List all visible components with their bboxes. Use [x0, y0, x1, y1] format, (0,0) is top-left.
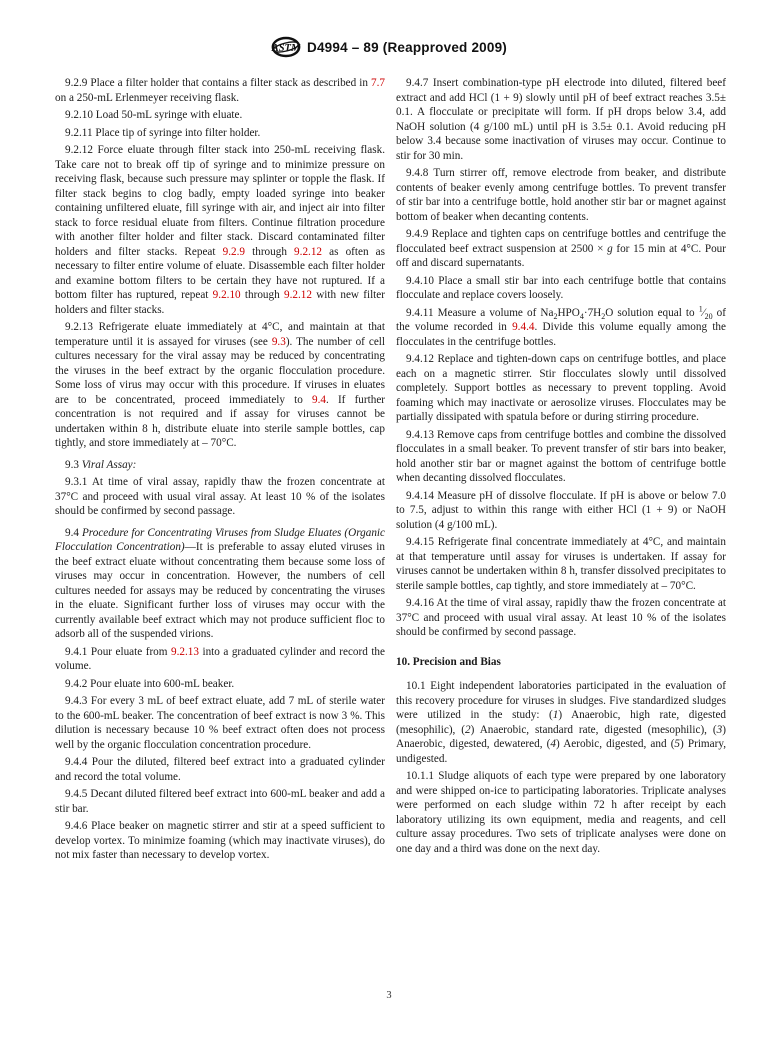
text-run: 9.4.13 Remove caps from centrifuge bottl… [396, 429, 726, 485]
standard-designation: D4994 – 89 (Reapproved 2009) [307, 40, 507, 55]
svg-text:ASTM: ASTM [271, 43, 301, 54]
text-run: 20 [705, 312, 713, 321]
text-run: ·7H [584, 307, 601, 319]
document-page: ASTM D4994 – 89 (Reapproved 2009) 9.2.9 … [0, 0, 778, 1041]
cross-reference-link[interactable]: 9.2.9 [223, 246, 245, 258]
text-run: HPO [557, 307, 579, 319]
paragraph: 9.4.14 Measure pH of dissolve flocculate… [396, 489, 726, 533]
paragraph: 9.2.10 Load 50-mL syringe with eluate. [55, 108, 385, 123]
text-run: O solution equal to [605, 307, 698, 319]
text-run: ) Aerobic, digested, and ( [556, 738, 674, 750]
text-run: 9.4.2 Pour eluate into 600-mL beaker. [65, 678, 234, 690]
right-column: 9.4.7 Insert combination-type pH electro… [396, 76, 726, 866]
text-run: 9.2.12 Force eluate through filter stack… [55, 144, 385, 258]
paragraph: 9.4.16 At the time of viral assay, rapid… [396, 596, 726, 640]
page-header: ASTM D4994 – 89 (Reapproved 2009) [0, 36, 778, 58]
paragraph: 9.4.12 Replace and tighten-down caps on … [396, 352, 726, 425]
text-run: 9.3.1 At time of viral assay, rapidly th… [55, 476, 385, 517]
text-run: 10.1.1 Sludge aliquots of each type were… [396, 770, 726, 855]
text-run: 9.4.7 Insert combination-type pH electro… [396, 77, 726, 162]
text-run: 9.4.11 Measure a volume of Na [406, 307, 553, 319]
text-run: 9.2.10 Load 50-mL syringe with eluate. [65, 109, 242, 121]
paragraph: 9.2.13 Refrigerate eluate immediately at… [55, 320, 385, 451]
cross-reference-link[interactable]: 9.3 [272, 336, 286, 348]
cross-reference-link[interactable]: 9.2.12 [284, 289, 312, 301]
text-run: on a 250-mL Erlenmeyer receiving flask. [55, 92, 239, 104]
text-run: 9.4.5 Decant diluted filtered beef extra… [55, 788, 385, 815]
text-run: 9.4.1 Pour eluate from [65, 646, 171, 658]
cross-reference-link[interactable]: 9.4 [312, 394, 326, 406]
paragraph: 9.4.1 Pour eluate from 9.2.13 into a gra… [55, 645, 385, 674]
text-run: 9.4.8 Turn stirrer off, remove electrode… [396, 167, 726, 223]
paragraph: 9.4.3 For every 3 mL of beef extract elu… [55, 694, 385, 752]
cross-reference-link[interactable]: 7.7 [371, 77, 385, 89]
paragraph: 9.4.2 Pour eluate into 600-mL beaker. [55, 677, 385, 692]
text-run: 9.4.15 Refrigerate final concentrate imm… [396, 536, 726, 592]
text-run: 10. Precision and Bias [396, 656, 501, 668]
text-run: Viral Assay: [82, 459, 137, 471]
cross-reference-link[interactable]: 9.2.10 [213, 289, 241, 301]
text-run: 9.3 [65, 459, 82, 471]
section-heading: 10. Precision and Bias [396, 655, 726, 670]
text-run: 9.4.3 For every 3 mL of beef extract elu… [55, 695, 385, 751]
text-run: ) Anaerobic, standard rate, digested (me… [471, 724, 717, 736]
cross-reference-link[interactable]: 9.2.13 [171, 646, 199, 658]
paragraph: 9.2.9 Place a filter holder that contain… [55, 76, 385, 105]
paragraph: 9.4.5 Decant diluted filtered beef extra… [55, 787, 385, 816]
text-run: 9.4.16 At the time of viral assay, rapid… [396, 597, 726, 638]
text-run: 9.4.12 Replace and tighten-down caps on … [396, 353, 726, 423]
left-column: 9.2.9 Place a filter holder that contain… [55, 76, 385, 866]
text-run: 9.4.6 Place beaker on magnetic stirrer a… [55, 820, 385, 861]
paragraph: 9.4.13 Remove caps from centrifuge bottl… [396, 428, 726, 486]
paragraph: 9.4.11 Measure a volume of Na2HPO4·7H2O … [396, 306, 726, 350]
astm-logo-icon: ASTM [271, 36, 301, 58]
paragraph: 10.1.1 Sludge aliquots of each type were… [396, 769, 726, 856]
paragraph: 9.3.1 At time of viral assay, rapidly th… [55, 475, 385, 519]
paragraph: 9.4.10 Place a small stir bar into each … [396, 274, 726, 303]
text-run: 9.4.4 Pour the diluted, filtered beef ex… [55, 756, 385, 783]
text-run: 9.4.14 Measure pH of dissolve flocculate… [396, 490, 726, 531]
text-run: through [241, 289, 284, 301]
paragraph: 9.4.7 Insert combination-type pH electro… [396, 76, 726, 163]
document-body: 9.2.9 Place a filter holder that contain… [55, 76, 726, 866]
paragraph: 10.1 Eight independent laboratories part… [396, 679, 726, 766]
text-run: 9.2.9 Place a filter holder that contain… [65, 77, 371, 89]
paragraph: 9.3 Viral Assay: [55, 458, 385, 473]
paragraph: 9.4.8 Turn stirrer off, remove electrode… [396, 166, 726, 224]
text-run: through [245, 246, 294, 258]
paragraph: 9.2.11 Place tip of syringe into filter … [55, 126, 385, 141]
paragraph: 9.2.12 Force eluate through filter stack… [55, 143, 385, 317]
paragraph: 9.4.9 Replace and tighten caps on centri… [396, 227, 726, 271]
page-footer: 3 [0, 990, 778, 1001]
cross-reference-link[interactable]: 9.2.12 [294, 246, 322, 258]
paragraph: 9.4.15 Refrigerate final concentrate imm… [396, 535, 726, 593]
cross-reference-link[interactable]: 9.4.4 [512, 321, 534, 333]
text-run: 9.4.10 Place a small stir bar into each … [396, 275, 726, 302]
paragraph: 9.4.4 Pour the diluted, filtered beef ex… [55, 755, 385, 784]
page-number: 3 [386, 990, 391, 1001]
text-run: 9.2.11 Place tip of syringe into filter … [65, 127, 260, 139]
text-run: 9.4 [65, 527, 82, 539]
paragraph: 9.4 Procedure for Concentrating Viruses … [55, 526, 385, 642]
paragraph: 9.4.6 Place beaker on magnetic stirrer a… [55, 819, 385, 863]
text-run: —It is preferable to assay eluted viruse… [55, 541, 385, 640]
